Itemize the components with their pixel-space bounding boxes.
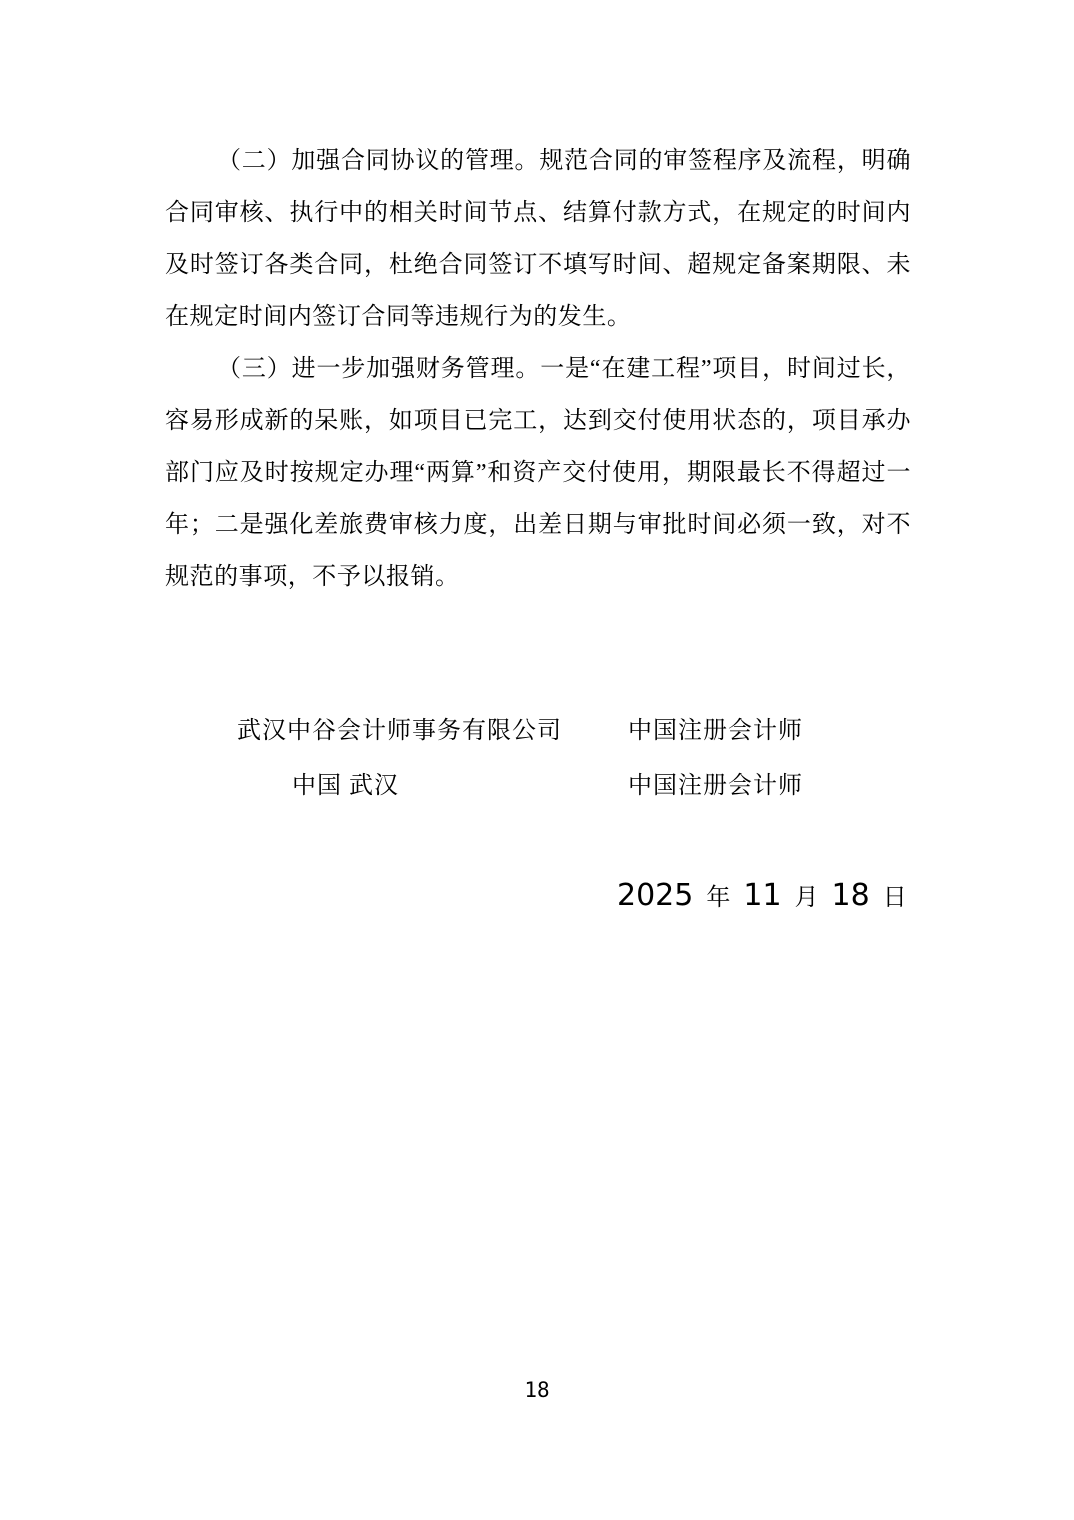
date-day: 18	[832, 878, 870, 913]
date-day-label: 日	[883, 885, 907, 911]
audit-firm-name: 武汉中谷会计师事务有限公司	[237, 711, 562, 751]
page-number: 18	[0, 1378, 1074, 1402]
signature-row-1: 武汉中谷会计师事务有限公司 中国注册会计师	[0, 711, 1074, 751]
cpa-title-2: 中国注册会计师	[628, 766, 803, 806]
date-year: 2025	[617, 878, 693, 913]
audit-firm-location: 中国 武汉	[292, 766, 399, 806]
report-body: （二）加强合同协议的管理。规范合同的审签程序及流程，明确合同审核、执行中的相关时…	[165, 135, 911, 603]
signature-row-2: 中国 武汉 中国注册会计师	[0, 766, 1074, 806]
paragraph-financial-management: （三）进一步加强财务管理。一是“在建工程”项目，时间过长，容易形成新的呆账，如项…	[165, 343, 911, 603]
report-date: 2025 年 11 月 18 日	[617, 874, 907, 918]
date-year-label: 年	[706, 885, 730, 911]
date-month: 11	[743, 878, 781, 913]
document-page: （二）加强合同协议的管理。规范合同的审签程序及流程，明确合同审核、执行中的相关时…	[0, 0, 1074, 1520]
date-month-label: 月	[795, 885, 819, 911]
cpa-title-1: 中国注册会计师	[628, 711, 803, 751]
paragraph-contract-management: （二）加强合同协议的管理。规范合同的审签程序及流程，明确合同审核、执行中的相关时…	[165, 135, 911, 343]
